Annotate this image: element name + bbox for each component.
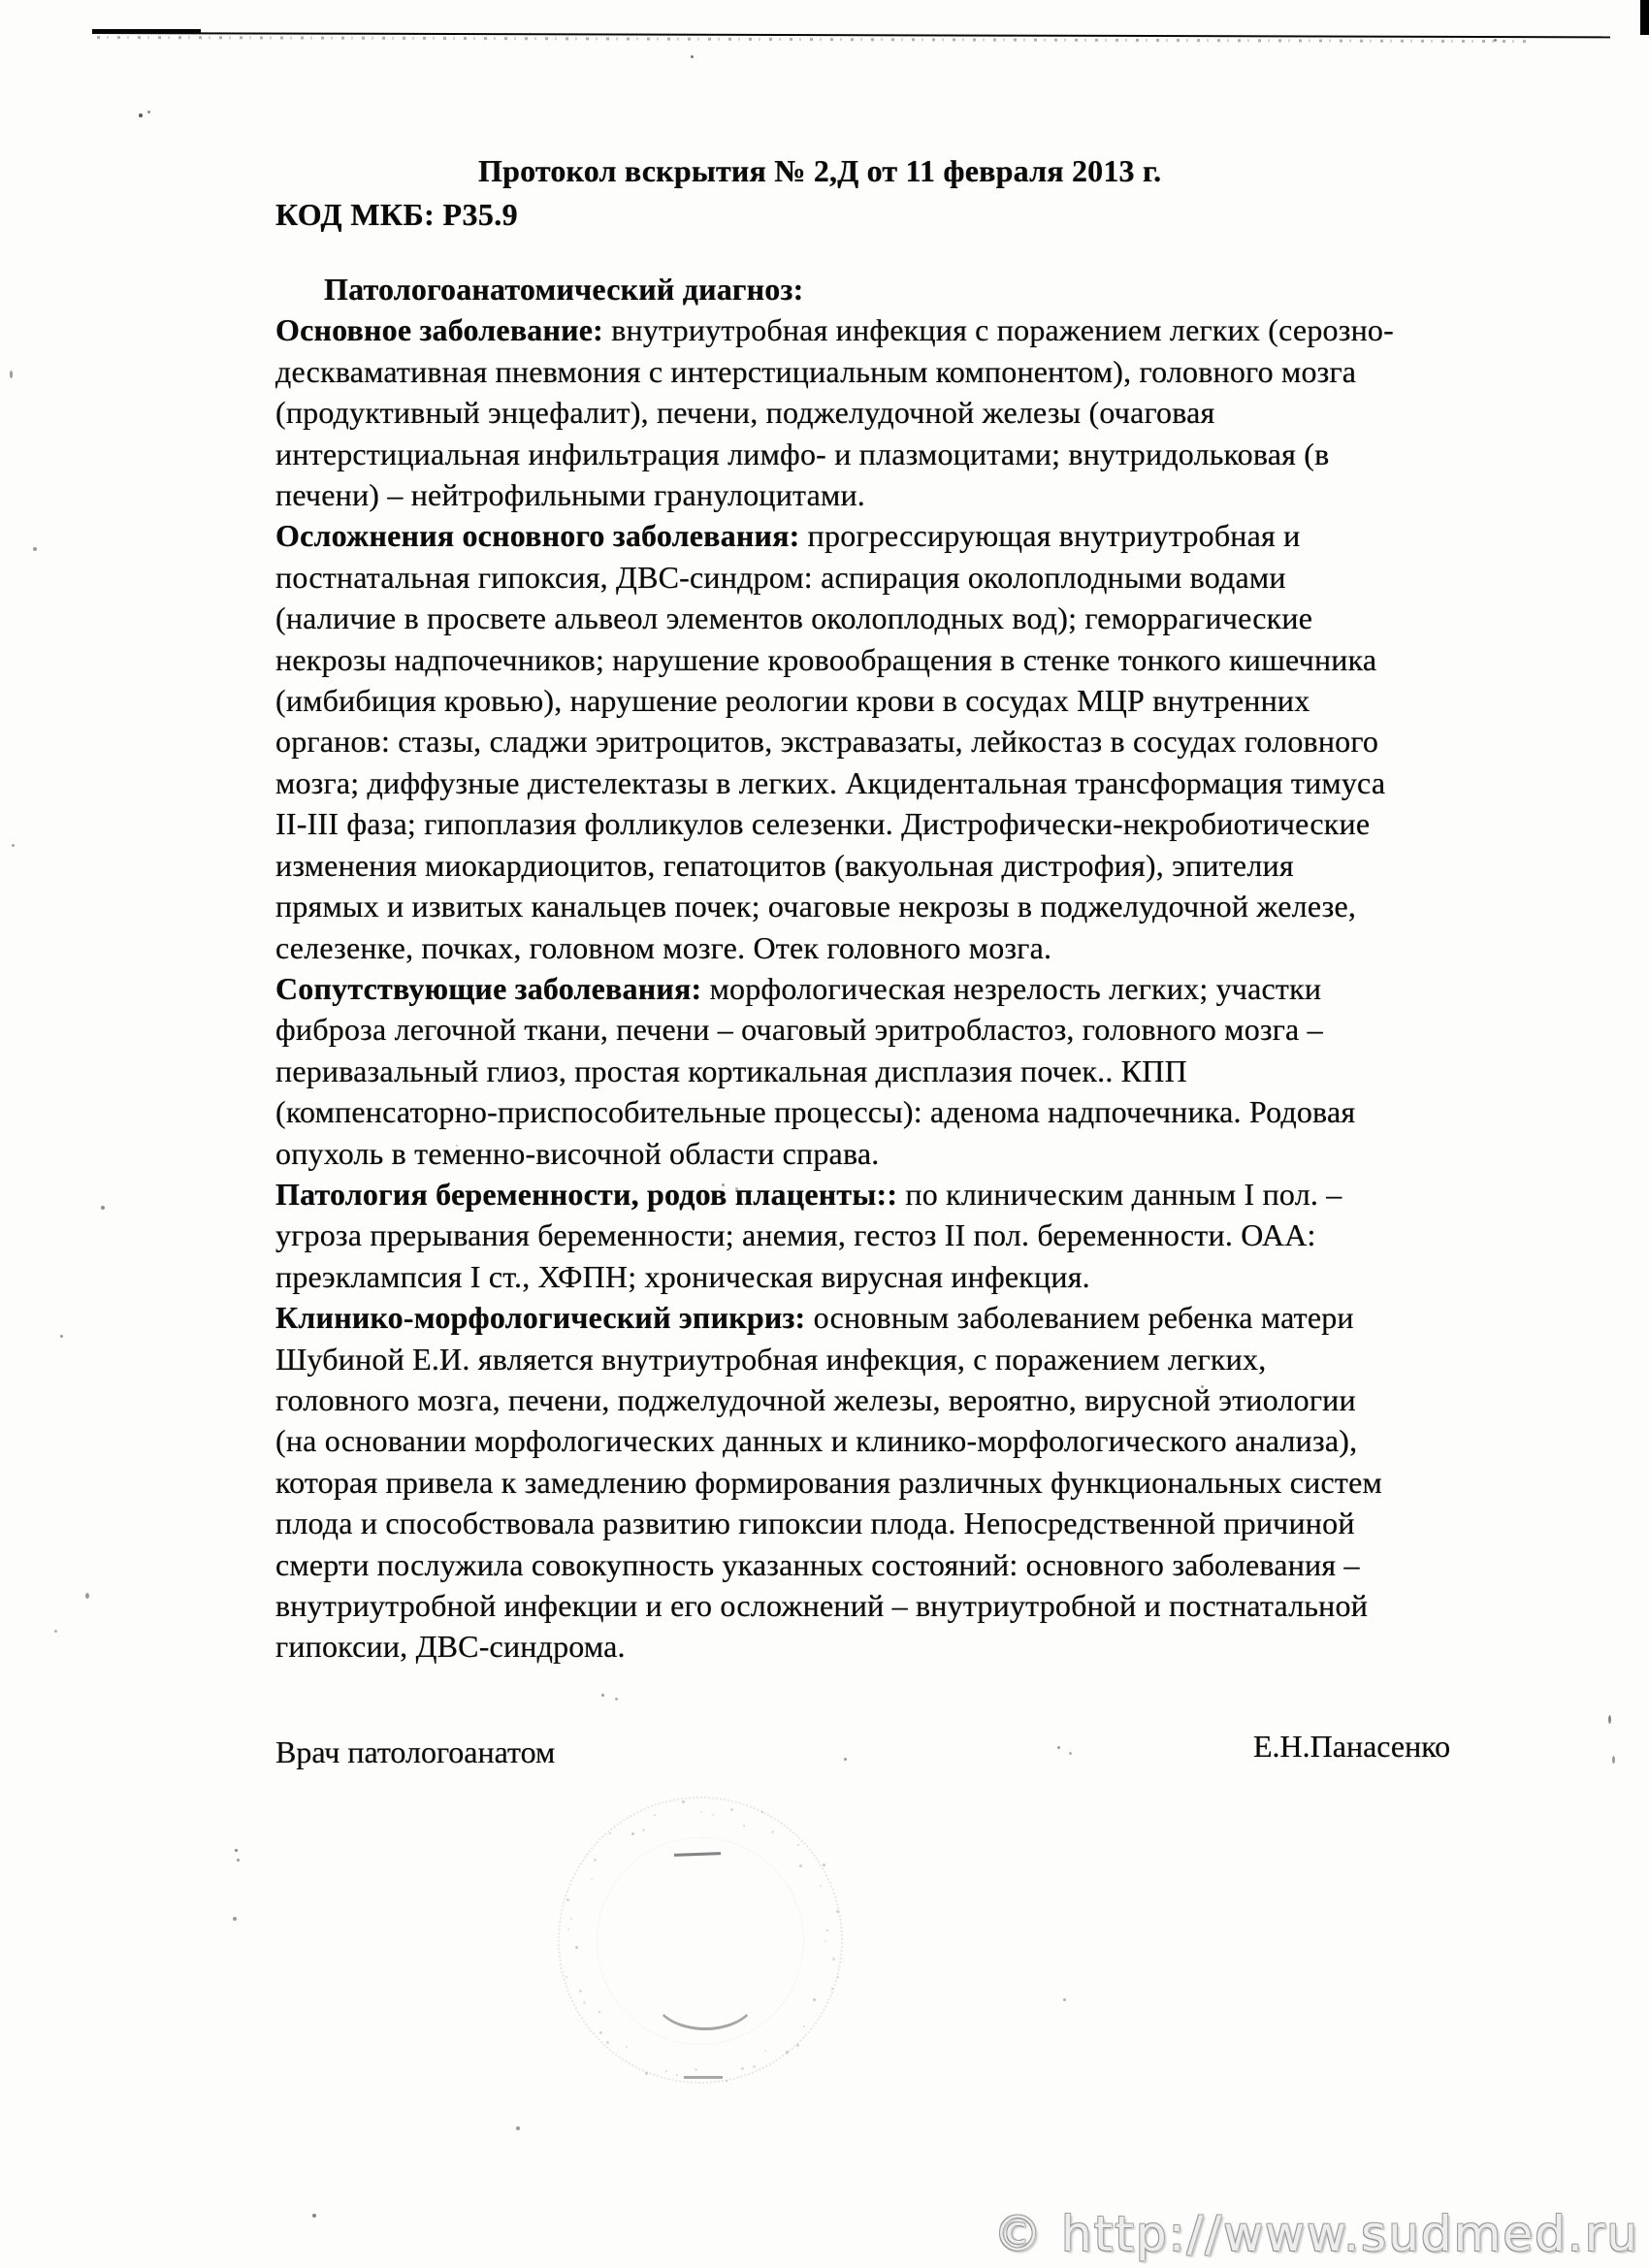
scan-speck: [601, 1694, 604, 1697]
text-line: Патологоанатомический диагноз:: [275, 269, 1536, 309]
stamp-speck: [837, 1976, 839, 1978]
stamp-speck: [712, 1814, 714, 1816]
diagnosis-text-block: Патологоанатомический диагноз:Основное з…: [275, 269, 1536, 1668]
text-line: мозга; диффузные дистелектазы в легких. …: [275, 762, 1536, 803]
stamp-speck: [813, 1998, 816, 2001]
stamp-speck: [820, 1885, 822, 1887]
stamp-arc: [653, 1961, 758, 2030]
stamp-speck: [606, 2041, 609, 2044]
stamp-speck: [594, 1859, 597, 1862]
stamp-speck: [599, 2031, 602, 2034]
stamp-speck: [631, 1832, 634, 1835]
stamp-speck: [761, 1811, 763, 1813]
text-line: которая привела к замедлению формировани…: [275, 1462, 1536, 1503]
stamp-speck: [626, 2046, 628, 2048]
scan-speck: [12, 844, 15, 847]
scan-speck: [1057, 1746, 1060, 1749]
scan-speck: [1063, 1998, 1066, 2001]
text-line: прямых и извитых канальцев почек; очагов…: [275, 886, 1536, 926]
stamp-speck: [836, 1910, 839, 1913]
stamp-speck: [796, 2044, 799, 2047]
stamp-speck: [730, 1808, 733, 1811]
text-line: Клинико-морфологический эпикриз: основны…: [275, 1297, 1536, 1338]
scan-corner-artifact: [1640, 0, 1649, 35]
text-line: Сопутствующие заболевания: морфологическ…: [275, 968, 1536, 1009]
text-line: внутриутробной инфекции и его осложнений…: [275, 1585, 1536, 1626]
stamp-speck: [771, 1831, 774, 1833]
scan-speck: [237, 1859, 240, 1862]
text-line: (имбибиция кровью), нарушение реологии к…: [275, 680, 1536, 721]
text-line: (на основании морфологических данных и к…: [275, 1420, 1536, 1461]
stamp-speck: [832, 1958, 835, 1960]
stamp-speck: [700, 1811, 702, 1813]
scan-speck: [456, 1145, 458, 1147]
stamp-speck: [803, 2025, 805, 2027]
text-line: некрозы надпочечников; нарушение кровооб…: [275, 639, 1536, 680]
stamp-speck: [566, 1898, 569, 1901]
document-page: Протокол вскрытия № 2,Д от 11 февраля 20…: [0, 0, 1649, 2268]
stamp-speck: [831, 1988, 833, 1990]
scan-speck: [1069, 1752, 1072, 1755]
scan-speck: [1494, 39, 1497, 42]
signature-name: Е.Н.Панасенко: [1253, 1729, 1450, 1765]
text-line: (продуктивный энцефалит), печени, поджел…: [275, 392, 1536, 433]
text-line: гипоксии, ДВС-синдрома.: [275, 1626, 1536, 1667]
signature-role: Врач патологоанатом: [275, 1734, 555, 1770]
scan-speck: [735, 1187, 738, 1190]
stamp-speck: [579, 1990, 582, 1993]
stamp-speck: [799, 1864, 802, 1867]
stamp-speck: [823, 1863, 825, 1866]
text-line: (наличие в просвете альвеол элементов ок…: [275, 598, 1536, 638]
text-line: смерти послужила совокупность указанных …: [275, 1544, 1536, 1585]
stamp-speck: [682, 1800, 685, 1803]
scan-speck: [101, 1206, 105, 1210]
scan-speck: [1608, 1715, 1611, 1724]
text-line: преэклампсия I ст., ХФПН; хроническая ви…: [275, 1256, 1536, 1297]
text-line: головного мозга, печени, поджелудочной ж…: [275, 1379, 1536, 1420]
watermark-url: © http://www.sudmed.ru: [993, 2206, 1639, 2262]
text-line: органов: стазы, сладжи эритроцитов, экст…: [275, 721, 1536, 761]
text-line: (компенсаторно-приспособительные процесс…: [275, 1091, 1536, 1132]
scan-speck: [844, 1758, 847, 1761]
stamp-speck: [654, 1814, 656, 1816]
scan-speck: [10, 371, 13, 378]
stamp-speck: [566, 1976, 567, 1978]
scan-speck: [235, 1849, 238, 1852]
stamp-speck: [591, 1878, 593, 1880]
stamp-speck: [598, 2011, 600, 2013]
stamp-speck: [741, 2067, 744, 2070]
stamp-speck: [609, 1832, 611, 1834]
text-line: Основное заболевание: внутриутробная инф…: [275, 309, 1536, 350]
stamp-speck: [570, 1918, 572, 1920]
faded-stamp: [558, 1797, 843, 2084]
stamp-speck: [583, 2001, 586, 2004]
stamp-speck: [743, 1825, 745, 1827]
text-line: Осложнения основного заболевания: прогре…: [275, 515, 1536, 556]
scan-speck: [60, 1335, 63, 1338]
stamp-speck: [695, 2068, 697, 2071]
text-line: Патология беременности, родов плаценты::…: [275, 1174, 1536, 1215]
text-line: II-III фаза; гипоплазия фолликулов селез…: [275, 803, 1536, 844]
text-line: изменения миокардиоцитов, гепатоцитов (в…: [275, 845, 1536, 886]
scan-line-dash: [92, 29, 201, 33]
stamp-speck: [764, 2050, 766, 2052]
stamp-speck: [645, 2072, 648, 2075]
scan-speck: [233, 1917, 237, 1921]
text-line: Шубиной Е.И. является внутриутробная инф…: [275, 1339, 1536, 1379]
stamp-speck: [575, 1946, 578, 1949]
text-line: интерстициальная инфильтрация лимфо- и п…: [275, 434, 1536, 474]
scan-speck: [147, 111, 150, 113]
stamp-speck: [665, 2070, 667, 2072]
scan-speck: [516, 2126, 520, 2130]
scan-speck: [33, 547, 37, 551]
text-line: опухоль в теменно-височной области справ…: [275, 1133, 1536, 1174]
text-line: печени) – нейтрофильными гранулоцитами.: [275, 474, 1536, 515]
stamp-speck: [753, 2065, 756, 2068]
stamp-speck: [826, 1929, 828, 1931]
stamp-speck: [676, 2074, 678, 2076]
text-line: угроза прерывания беременности; анемия, …: [275, 1215, 1536, 1255]
stamp-speck: [726, 2080, 727, 2082]
scan-speck: [312, 2214, 316, 2218]
scan-speck: [691, 55, 694, 58]
text-line: перивазальный глиоз, простая кортикальна…: [275, 1051, 1536, 1091]
scan-speck: [85, 1593, 89, 1599]
scan-speck: [722, 1183, 725, 1186]
scan-speck: [54, 1630, 57, 1633]
scan-speck: [615, 1698, 618, 1701]
stamp-speck: [567, 1928, 569, 1930]
stamp-speck: [786, 2051, 789, 2054]
text-line: селезенке, почках, головном мозге. Отек …: [275, 927, 1536, 968]
text-line: фиброза легочной ткани, печени – очаговы…: [275, 1009, 1536, 1050]
stamp-speck: [642, 1829, 645, 1831]
scan-speck: [1612, 1756, 1615, 1764]
icd-code-line: КОД МКБ: Р35.9: [275, 197, 518, 233]
stamp-speck: [824, 1940, 826, 1942]
document-title: Протокол вскрытия № 2,Д от 11 февраля 20…: [478, 153, 1161, 189]
scan-speck: [139, 113, 143, 117]
text-line: постнатальная гипоксия, ДВС-синдром: асп…: [275, 557, 1536, 598]
text-line: плода и способствовала развитию гипоксии…: [275, 1503, 1536, 1543]
stamp-dash: [684, 2076, 723, 2079]
text-line: десквамативная пневмония с интерстициаль…: [275, 351, 1536, 392]
scan-speck: [1201, 1385, 1204, 1388]
stamp-speck: [797, 1844, 799, 1846]
